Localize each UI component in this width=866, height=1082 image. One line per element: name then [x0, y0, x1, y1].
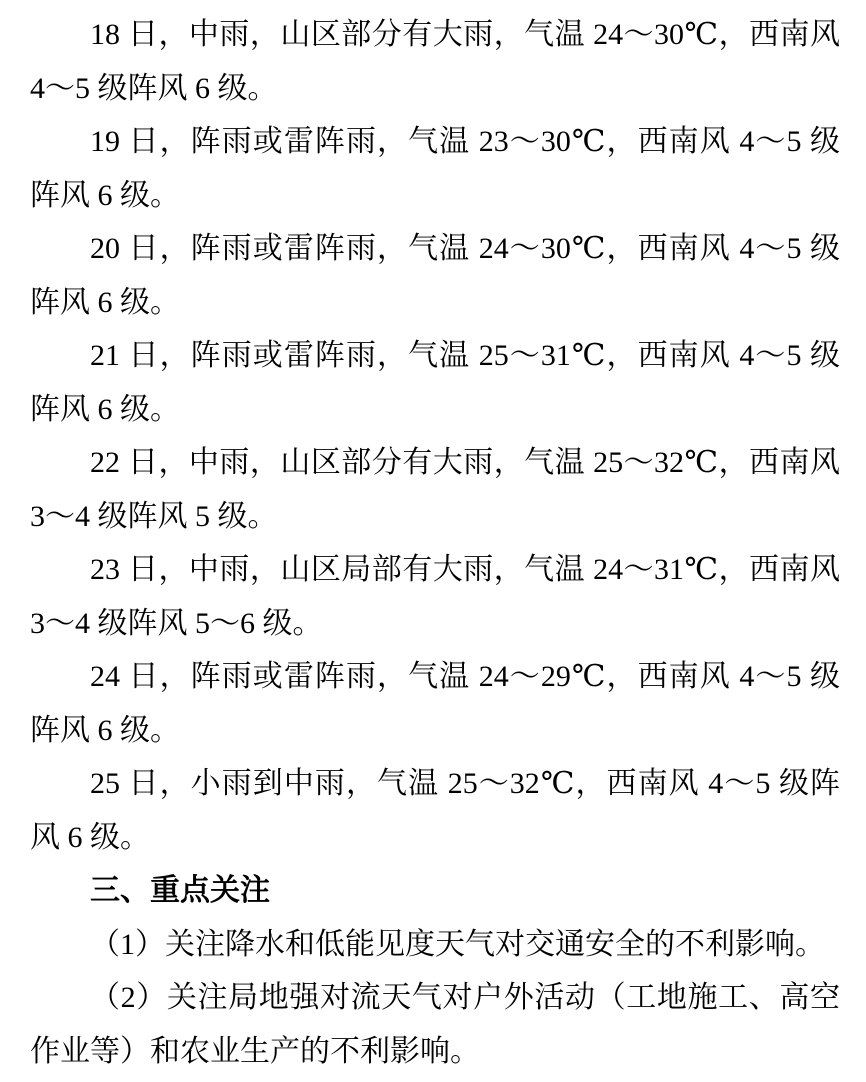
forecast-paragraph-day-21: 21 日，阵雨或雷阵雨，气温 25～31℃，西南风 4～5 级阵风 6 级。 [30, 329, 840, 436]
forecast-paragraph-day-20: 20 日，阵雨或雷阵雨，气温 24～30℃，西南风 4～5 级阵风 6 级。 [30, 222, 840, 329]
section-heading-key-concerns: 三、重点关注 [30, 864, 840, 918]
forecast-paragraph-day-22: 22 日，中雨，山区部分有大雨，气温 25～32℃，西南风 3～4 级阵风 5 … [30, 436, 840, 543]
document-page: 18 日，中雨，山区部分有大雨，气温 24～30℃，西南风 4～5 级阵风 6 … [0, 0, 866, 1082]
forecast-paragraph-day-19: 19 日，阵雨或雷阵雨，气温 23～30℃，西南风 4～5 级阵风 6 级。 [30, 115, 840, 222]
note-paragraph-2: （2）关注局地强对流天气对户外活动（工地施工、高空作业等）和农业生产的不利影响。 [30, 971, 840, 1078]
forecast-paragraph-day-24: 24 日，阵雨或雷阵雨，气温 24～29℃，西南风 4～5 级阵风 6 级。 [30, 650, 840, 757]
note-paragraph-1: （1）关注降水和低能见度天气对交通安全的不利影响。 [30, 918, 840, 972]
forecast-paragraph-day-23: 23 日，中雨，山区局部有大雨，气温 24～31℃，西南风 3～4 级阵风 5～… [30, 543, 840, 650]
forecast-section: 18 日，中雨，山区部分有大雨，气温 24～30℃，西南风 4～5 级阵风 6 … [30, 8, 840, 864]
forecast-paragraph-day-25: 25 日，小雨到中雨，气温 25～32℃，西南风 4～5 级阵风 6 级。 [30, 757, 840, 864]
forecast-paragraph-day-18: 18 日，中雨，山区部分有大雨，气温 24～30℃，西南风 4～5 级阵风 6 … [30, 8, 840, 115]
key-concerns-section: （1）关注降水和低能见度天气对交通安全的不利影响。 （2）关注局地强对流天气对户… [30, 918, 840, 1079]
